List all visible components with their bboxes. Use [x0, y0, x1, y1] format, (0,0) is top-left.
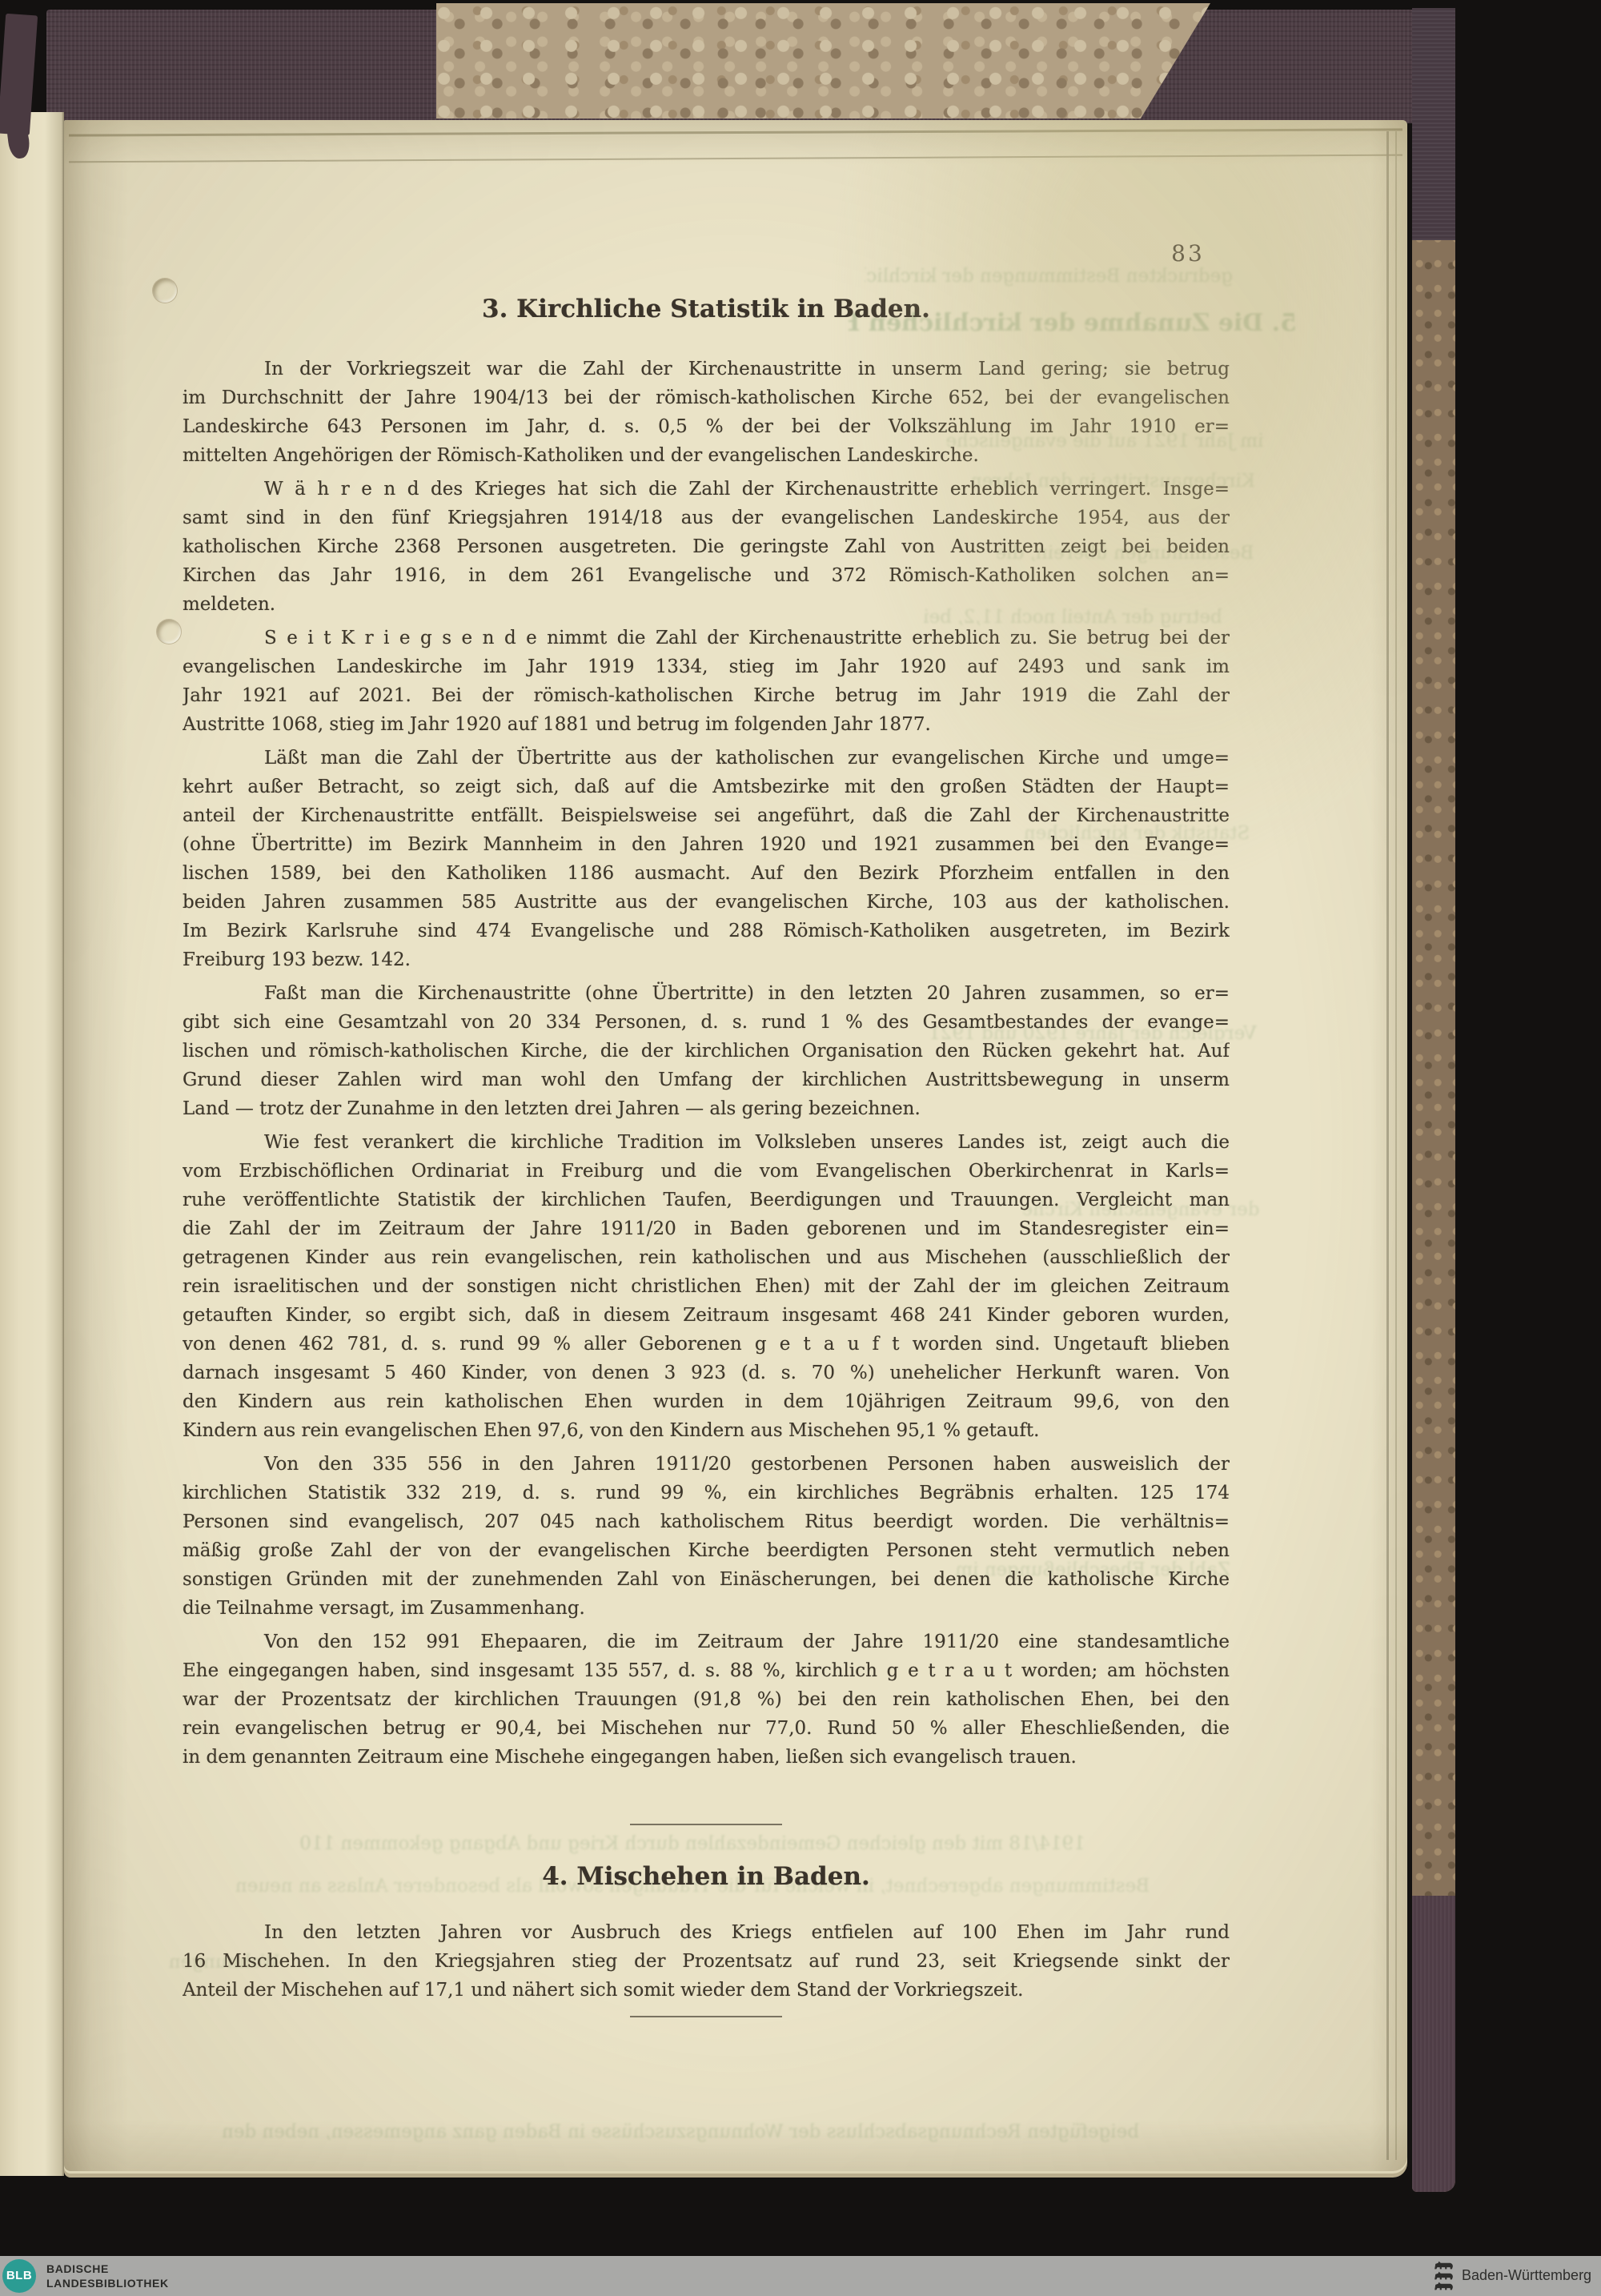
- text-line: Kirchen das Jahr 1916, in dem 261 Evange…: [183, 561, 1230, 590]
- section-4-body: In den letzten Jahren vor Ausbruch des K…: [183, 1918, 1230, 2009]
- paragraph: S e i t K r i e g s e n d e nimmt die Za…: [183, 624, 1230, 739]
- text-line: lischen 1589, bei den Katholiken 1186 au…: [183, 859, 1230, 888]
- text-line: Land — trotz der Zunahme in den letzten …: [183, 1094, 1230, 1123]
- book-cover-right-edge: [1412, 8, 1455, 2192]
- page-number: 83: [1140, 240, 1236, 267]
- paragraph: W ä h r e n d des Krieges hat sich die Z…: [183, 475, 1230, 619]
- facing-page-edge: [0, 112, 64, 2176]
- paragraph: In den letzten Jahren vor Ausbruch des K…: [183, 1918, 1230, 2005]
- text-line: Faßt man die Kirchenaustritte (ohne Über…: [183, 979, 1230, 1008]
- text-line: rein evangelischen betrug er 90,4, bei M…: [183, 1714, 1230, 1743]
- page-stack-edge-top: [69, 128, 1402, 136]
- text-line: Kindern aus rein evangelischen Ehen 97,6…: [183, 1416, 1230, 1445]
- paragraph: Läßt man die Zahl der Übertritte aus der…: [183, 744, 1230, 974]
- cover-cloth-edge-bottom: [1412, 1896, 1455, 2192]
- text-line: S e i t K r i e g s e n d e nimmt die Za…: [183, 624, 1230, 652]
- text-line: kirchlichen Statistik 332 219, d. s. run…: [183, 1479, 1230, 1507]
- section-divider: [630, 2016, 782, 2017]
- text-line: samt sind in den fünf Kriegsjahren 1914/…: [183, 504, 1230, 532]
- book-page: gedruckten Bestimmungen der kirchlichen5…: [64, 120, 1407, 2171]
- viewer-footer-bar: BLB BADISCHE LANDESBIBLIOTHEK Baden-Würt…: [0, 2256, 1601, 2296]
- text-line: die Zahl der im Zeitraum der Jahre 1911/…: [183, 1214, 1230, 1243]
- text-line: mäßig große Zahl der von der evangelisch…: [183, 1536, 1230, 1565]
- punch-hole: [152, 278, 178, 303]
- section-3-body: In der Vorkriegszeit war die Zahl der Ki…: [183, 355, 1230, 1776]
- text-line: Grund dieser Zahlen wird man wohl den Um…: [183, 1066, 1230, 1094]
- paragraph: In der Vorkriegszeit war die Zahl der Ki…: [183, 355, 1230, 470]
- text-line: Von den 152 991 Ehepaaren, die im Zeitra…: [183, 1628, 1230, 1656]
- region-name: Baden-Württemberg: [1462, 2267, 1591, 2284]
- cover-cloth-edge: [1412, 8, 1455, 240]
- text-line: Läßt man die Zahl der Übertritte aus der…: [183, 744, 1230, 773]
- text-line: W ä h r e n d des Krieges hat sich die Z…: [183, 475, 1230, 504]
- text-line: den Kindern aus rein katholischen Ehen w…: [183, 1387, 1230, 1416]
- page-stack-edge-right: [1386, 131, 1389, 2160]
- paragraph: Faßt man die Kirchenaustritte (ohne Über…: [183, 979, 1230, 1123]
- text-line: in dem genannten Zeitraum eine Mischehe …: [183, 1743, 1230, 1772]
- text-line: Personen sind evangelisch, 207 045 nach …: [183, 1507, 1230, 1536]
- bleed-through-text: beigefügten Rechnungsabschluss der Wohnu…: [184, 2121, 1177, 2149]
- text-line: Austritte 1068, stieg im Jahr 1920 auf 1…: [183, 710, 1230, 739]
- text-line: Im Bezirk Karlsruhe sind 474 Evangelisch…: [183, 917, 1230, 945]
- page-stack-edge-right: [1395, 131, 1397, 2160]
- text-line: Anteil der Mischehen auf 17,1 und nähert…: [183, 1976, 1230, 2005]
- paragraph: Von den 335 556 in den Jahren 1911/20 ge…: [183, 1450, 1230, 1623]
- text-line: Von den 335 556 in den Jahren 1911/20 ge…: [183, 1450, 1230, 1479]
- bleed-through-text: gedruckten Bestimmungen der kirchlichen: [865, 266, 1233, 293]
- text-line: Freiburg 193 bezw. 142.: [183, 945, 1230, 974]
- text-line: 16 Mischehen. In den Kriegsjahren stieg …: [183, 1947, 1230, 1976]
- text-line: rein israelitischen und der sonstigen ni…: [183, 1272, 1230, 1301]
- text-line: evangelischen Landeskirche im Jahr 1919 …: [183, 652, 1230, 681]
- text-line: In den letzten Jahren vor Ausbruch des K…: [183, 1918, 1230, 1947]
- text-line: Landeskirche 643 Personen im Jahr, d. s.…: [183, 412, 1230, 441]
- paragraph: Wie fest verankert die kirchliche Tradit…: [183, 1128, 1230, 1445]
- text-line: In der Vorkriegszeit war die Zahl der Ki…: [183, 355, 1230, 383]
- paragraph: Von den 152 991 Ehepaaren, die im Zeitra…: [183, 1628, 1230, 1772]
- library-name-line1: BADISCHE: [46, 2262, 169, 2276]
- text-line: getragenen Kinder aus rein evangelischen…: [183, 1243, 1230, 1272]
- text-line: mittelten Angehörigen der Römisch-Kathol…: [183, 441, 1230, 470]
- text-line: lischen und römisch-katholischen Kirche,…: [183, 1037, 1230, 1066]
- text-line: kehrt außer Betracht, so zeigt sich, daß…: [183, 773, 1230, 801]
- section-divider: [630, 1824, 782, 1825]
- text-line: war der Prozentsatz der kirchlichen Trau…: [183, 1685, 1230, 1714]
- text-line: ruhe veröffentlichte Statistik der kirch…: [183, 1186, 1230, 1214]
- text-line: beiden Jahren zusammen 585 Austritte aus…: [183, 888, 1230, 917]
- text-line: Jahr 1921 auf 2021. Bei der römisch-kath…: [183, 681, 1230, 710]
- baden-wuerttemberg-coat-of-arms-icon: [1433, 2261, 1454, 2291]
- text-line: Ehe eingegangen haben, sind insgesamt 13…: [183, 1656, 1230, 1685]
- text-line: getauften Kinder, so ergibt sich, daß in…: [183, 1301, 1230, 1330]
- library-name-line2: LANDESBIBLIOTHEK: [46, 2276, 169, 2290]
- punch-hole: [156, 619, 182, 644]
- page-stack-edge-top: [69, 155, 1402, 163]
- text-line: von denen 462 781, d. s. rund 99 % aller…: [183, 1330, 1230, 1359]
- text-line: (ohne Übertritte) im Bezirk Mannheim in …: [183, 830, 1230, 859]
- marbled-paper-patch: [436, 3, 1210, 118]
- text-line: gibt sich eine Gesamtzahl von 20 334 Per…: [183, 1008, 1230, 1037]
- blb-logo: BLB: [2, 2259, 36, 2293]
- book-scan: gedruckten Bestimmungen der kirchlichen5…: [0, 0, 1601, 2296]
- text-line: darnach insgesamt 5 460 Kinder, von dene…: [183, 1359, 1230, 1387]
- text-line: sonstigen Gründen mit der zunehmenden Za…: [183, 1565, 1230, 1594]
- section-3-heading: 3. Kirchliche Statistik in Baden.: [183, 295, 1230, 323]
- text-line: katholischen Kirche 2368 Personen ausget…: [183, 532, 1230, 561]
- library-name: BADISCHE LANDESBIBLIOTHEK: [46, 2262, 169, 2290]
- text-line: vom Erzbischöflichen Ordinariat in Freib…: [183, 1157, 1230, 1186]
- text-line: meldeten.: [183, 590, 1230, 619]
- text-line: Wie fest verankert die kirchliche Tradit…: [183, 1128, 1230, 1157]
- bleed-through-text: 1914/18 mit den gleichen Gemeindezahlen …: [192, 1833, 1193, 1860]
- section-4-heading: 4. Mischehen in Baden.: [183, 1862, 1230, 1891]
- text-line: im Durchschnitt der Jahre 1904/13 bei de…: [183, 383, 1230, 412]
- text-line: die Teilnahme versagt, im Zusammenhang.: [183, 1594, 1230, 1623]
- text-line: anteil der Kirchenaustritte entfällt. Be…: [183, 801, 1230, 830]
